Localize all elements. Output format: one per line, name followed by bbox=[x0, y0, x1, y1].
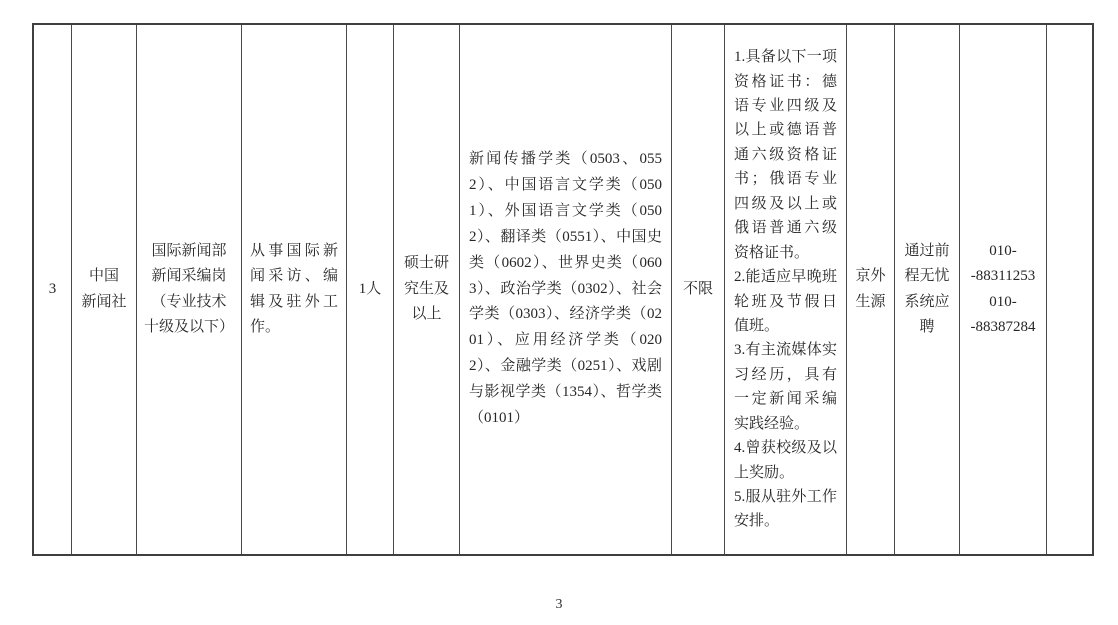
apply-method: 通过前 程无忧 系统应 聘 bbox=[904, 239, 949, 341]
cell-position: 国际新闻部 新闻采编岗 （专业技术 十级及以下） bbox=[137, 25, 242, 554]
requirements-list: 1.具备以下一项资格证书：德语专业四级及以上或德语普通六级资格证书；俄语专业四级… bbox=[725, 45, 846, 534]
cell-limit: 不限 bbox=[672, 25, 725, 554]
cell-employer: 中国 新闻社 bbox=[72, 25, 137, 554]
education-requirement: 硕士研 究生及 以上 bbox=[404, 251, 449, 328]
cell-remark bbox=[1047, 25, 1092, 554]
cell-sequence-number: 3 bbox=[34, 25, 72, 554]
employer-name: 中国 新闻社 bbox=[81, 264, 126, 315]
document-page: 3 中国 新闻社 国际新闻部 新闻采编岗 （专业技术 十级及以下） 从事国际新闻… bbox=[0, 0, 1118, 625]
cell-education: 硕士研 究生及 以上 bbox=[394, 25, 460, 554]
cell-duty: 从事国际新闻采访、编辑及驻外工作。 bbox=[242, 25, 347, 554]
cell-majors: 新闻传播学类（0503、0552）、中国语言文学类（0501）、外国语言文学类（… bbox=[460, 25, 672, 554]
sequence-number: 3 bbox=[49, 277, 57, 303]
headcount-value: 1人 bbox=[359, 277, 382, 303]
majors-list: 新闻传播学类（0503、0552）、中国语言文学类（0501）、外国语言文学类（… bbox=[460, 147, 671, 432]
source-value: 京外 生源 bbox=[855, 264, 885, 315]
limit-value: 不限 bbox=[683, 277, 713, 303]
position-title: 国际新闻部 新闻采编岗 （专业技术 十级及以下） bbox=[144, 239, 234, 341]
cell-contact-phones: 010--88311253 010--88387284 bbox=[960, 25, 1047, 554]
cell-headcount: 1人 bbox=[347, 25, 394, 554]
cell-requirements: 1.具备以下一项资格证书：德语专业四级及以上或德语普通六级资格证书；俄语专业四级… bbox=[725, 25, 847, 554]
cell-source: 京外 生源 bbox=[847, 25, 895, 554]
duty-description: 从事国际新闻采访、编辑及驻外工作。 bbox=[242, 239, 346, 341]
cell-apply-method: 通过前 程无忧 系统应 聘 bbox=[895, 25, 960, 554]
page-number: 3 bbox=[0, 597, 1118, 613]
contact-phones: 010--88311253 010--88387284 bbox=[960, 239, 1046, 341]
recruitment-table: 3 中国 新闻社 国际新闻部 新闻采编岗 （专业技术 十级及以下） 从事国际新闻… bbox=[32, 23, 1094, 556]
